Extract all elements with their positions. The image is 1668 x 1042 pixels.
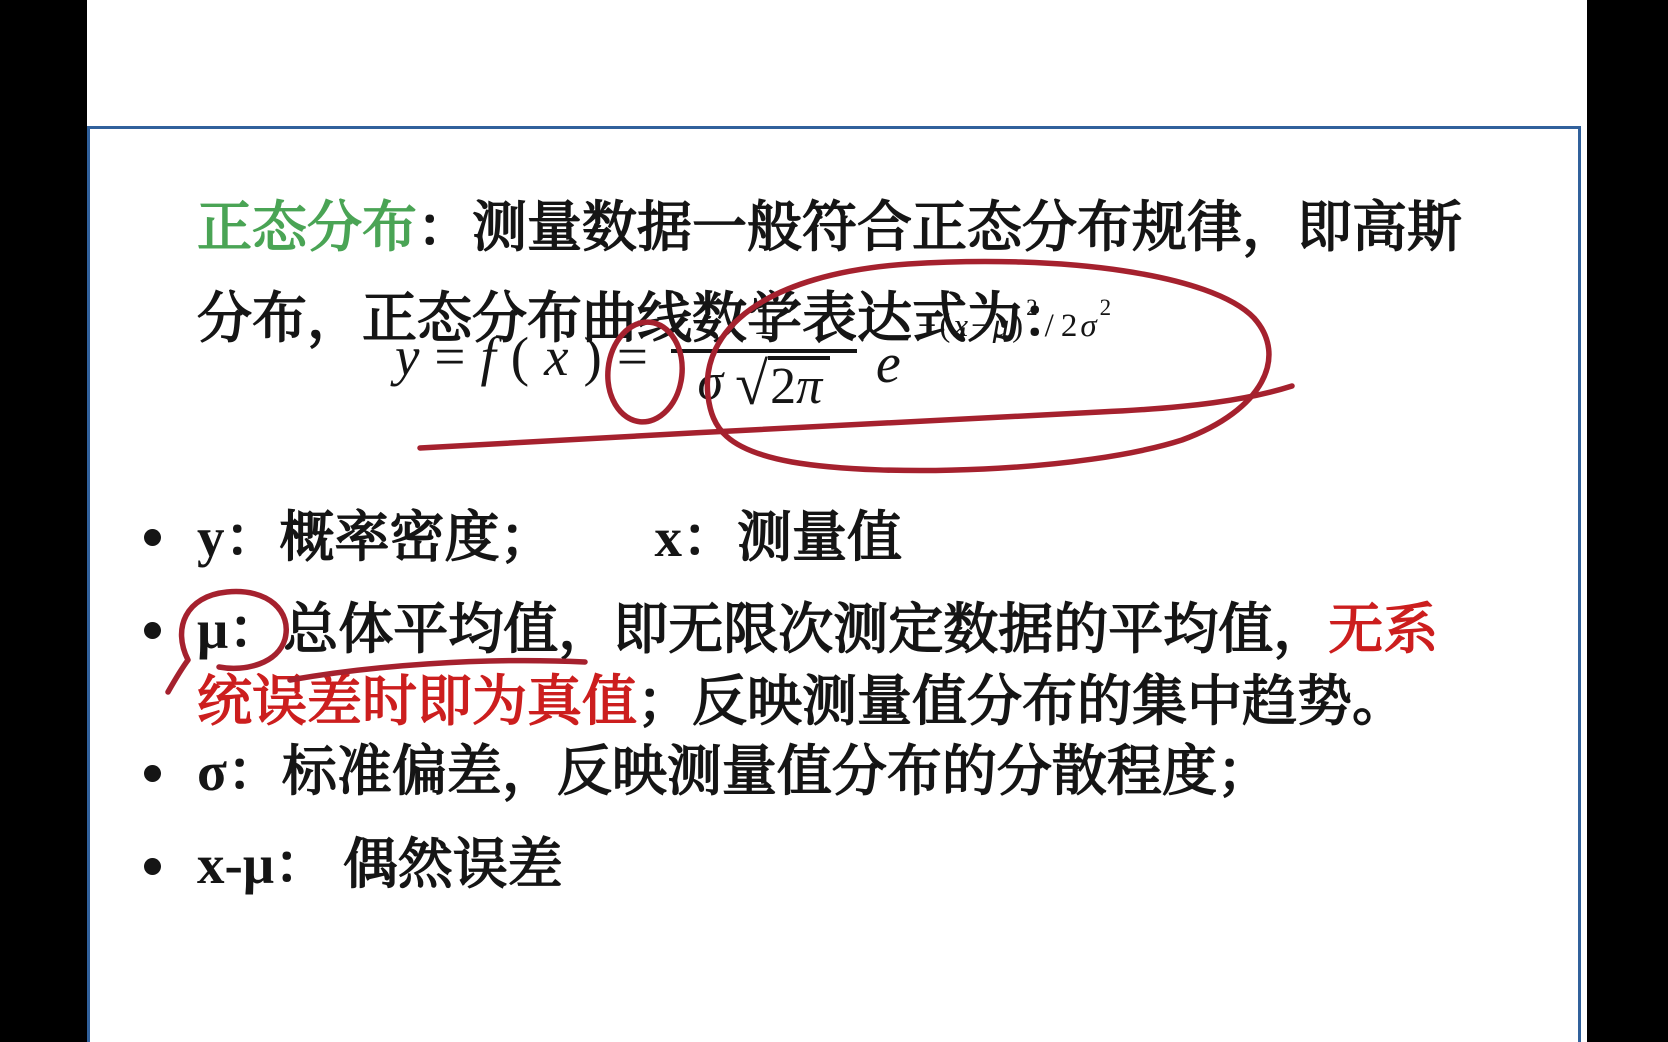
- bullet-2-term-mu: μ：: [197, 599, 283, 660]
- radicand-pi: π: [796, 358, 822, 415]
- formula-f: f: [480, 325, 495, 388]
- bullet-dot-2: [144, 622, 161, 639]
- intro-line-1-text: ：测量数据一般符合正态分布规律，即高斯: [417, 197, 1462, 258]
- bullet-4-text: 偶然误差: [343, 834, 563, 895]
- bullet-2-red-2: 统误差时即为真值: [197, 671, 637, 732]
- bullet-1-text-2: 测量值: [737, 507, 902, 568]
- exp-close: ): [1012, 308, 1026, 345]
- bullet-2-black-2: ；反映测量值分布的集中趋势。: [637, 671, 1407, 732]
- exp-slash: /: [1045, 308, 1057, 345]
- denominator-sigma: σ: [698, 356, 724, 411]
- bullet-2-red-1: 无系: [1328, 599, 1438, 660]
- formula-rparen: ): [583, 325, 601, 388]
- formula-equals-2: =: [617, 325, 648, 388]
- exp-square-1: 2: [1026, 295, 1041, 321]
- term-normal-distribution: 正态分布: [197, 197, 417, 258]
- gaussian-formula: y = f ( x ) = 1 σ √ 2π e −( x − μ ) 2 / …: [395, 296, 1114, 416]
- formula-e: e: [876, 332, 901, 396]
- fraction-denominator: σ √ 2π: [698, 356, 831, 416]
- bullet-3-term-sigma: σ：: [197, 741, 282, 802]
- bullet-3: σ：标准偏差，反映测量值分布的分散程度；: [197, 742, 1272, 803]
- bullet-3-text: 标准偏差，反映测量值分布的分散程度；: [282, 741, 1272, 802]
- formula-x: x: [544, 325, 568, 388]
- formula-exponent: −( x − μ ) 2 / 2 σ 2: [918, 308, 1114, 345]
- exp-minus: −: [971, 308, 993, 345]
- bullet-1-term-y: y：: [197, 507, 280, 568]
- bullet-1-term-x: x：: [655, 508, 738, 569]
- slide-page: 正态分布：测量数据一般符合正态分布规律，即高斯 分布，正态分布曲线数学表达式为：…: [87, 0, 1587, 1042]
- exp-sigma: σ: [1080, 308, 1099, 345]
- bullet-2-line-1: μ：总体平均值，即无限次测定数据的平均值，无系: [197, 600, 1438, 661]
- fraction-numerator: 1: [752, 296, 776, 343]
- exp-open: −(: [918, 308, 954, 345]
- bullet-2-line-2: 统误差时即为真值；反映测量值分布的集中趋势。: [197, 672, 1407, 733]
- bullet-dot-3: [144, 765, 161, 782]
- bullet-1-text: 概率密度；: [280, 507, 555, 568]
- radicand: 2π: [768, 356, 830, 415]
- formula-fraction: 1 σ √ 2π: [671, 296, 857, 416]
- exp-mu: μ: [993, 308, 1013, 345]
- exp-x: x: [953, 308, 971, 345]
- formula-lparen: (: [511, 325, 529, 388]
- radical-sign: √: [735, 354, 768, 414]
- exp-square-2: 2: [1100, 295, 1115, 321]
- intro-line-1: 正态分布：测量数据一般符合正态分布规律，即高斯: [197, 196, 1462, 259]
- bullet-4-term-x-mu: x-μ：: [197, 834, 329, 895]
- bullet-1: y：概率密度；x：测量值: [197, 508, 902, 569]
- bullet-4: x-μ： 偶然误差: [197, 835, 563, 896]
- bullet-2-black-1: 总体平均值，即无限次测定数据的平均值，: [283, 599, 1328, 660]
- slide-border-frame: [87, 126, 1581, 1042]
- exp-2: 2: [1061, 308, 1081, 345]
- radicand-2: 2: [770, 358, 796, 415]
- bullet-dot-1: [144, 529, 161, 546]
- formula-equals-1: =: [434, 325, 465, 388]
- formula-y: y: [395, 325, 419, 388]
- bullet-dot-4: [144, 858, 161, 875]
